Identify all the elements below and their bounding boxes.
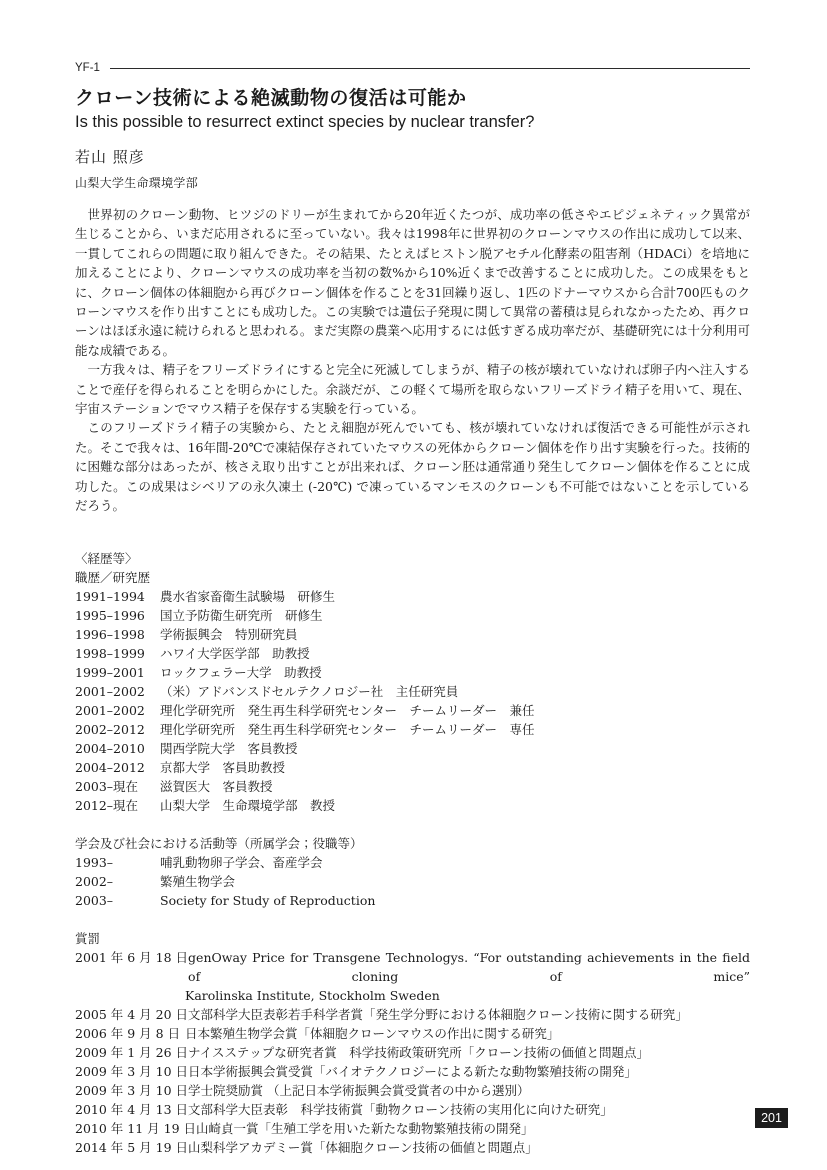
- award-row-description-line2: Karolinska Institute, Stockholm Sweden: [185, 986, 750, 1005]
- awards-heading: 賞罰: [75, 929, 750, 948]
- career-row: 1996–1998学術振興会 特別研究員: [75, 625, 750, 644]
- career-row-period: 2001–2002: [75, 701, 160, 720]
- profile-section-title: 〈経歴等〉: [75, 549, 750, 568]
- career-row-period: 1999–2001: [75, 663, 160, 682]
- career-row-description: 理化学研究所 発生再生科学研究センター チームリーダー 専任: [160, 720, 750, 739]
- page-header: YF-1 クローン技術による絶滅動物の復活は可能か Is this possib…: [75, 62, 750, 191]
- society-row-description: Society for Study of Reproduction: [160, 891, 750, 910]
- career-list: 1991–1994農水省家畜衛生試験場 研修生1995–1996国立予防衛生研究…: [75, 587, 750, 815]
- career-row-description: 理化学研究所 発生再生科学研究センター チームリーダー 兼任: [160, 701, 750, 720]
- profile-section: 〈経歴等〉 職歴／研究歴 1991–1994農水省家畜衛生試験場 研修生1995…: [75, 549, 750, 1157]
- award-row-description: 日本学術振興会賞受賞「バイオテクノロジーによる新たな動物繁殖技術の開発」: [188, 1062, 750, 1081]
- award-row-description: 学士院奨励賞 （上記日本学術振興会賞受賞者の中から選別）: [188, 1081, 750, 1100]
- award-row-continued: Karolinska Institute, Stockholm Sweden: [75, 986, 750, 1005]
- author-affiliation: 山梨大学生命環境学部: [75, 174, 750, 191]
- society-row: 2003–Society for Study of Reproduction: [75, 891, 750, 910]
- title-english: Is this possible to resurrect extinct sp…: [75, 113, 750, 132]
- career-row-description: 農水省家畜衛生試験場 研修生: [160, 587, 750, 606]
- career-row-description: 京都大学 客員助教授: [160, 758, 750, 777]
- career-row: 2003–現在滋賀医大 客員教授: [75, 777, 750, 796]
- career-row: 2012–現在山梨大学 生命環境学部 教授: [75, 796, 750, 815]
- awards-list: 2001 年 6 月 18 日genOway Price for Transge…: [75, 948, 750, 1157]
- career-row: 1995–1996国立予防衛生研究所 研修生: [75, 606, 750, 625]
- career-heading: 職歴／研究歴: [75, 568, 750, 587]
- career-row-period: 1991–1994: [75, 587, 160, 606]
- abstract-paragraph-1: 世界初のクローン動物、ヒツジのドリーが生まれてから20年近くたつが、成功率の低さ…: [75, 205, 750, 360]
- award-row: 2009 年 3 月 10 日日本学術振興会賞受賞「バイオテクノロジーによる新た…: [75, 1062, 750, 1081]
- award-row-description: ナイスステップな研究者賞 科学技術政策研究所「クローン技術の価値と問題点」: [188, 1043, 750, 1062]
- abstract-body: 世界初のクローン動物、ヒツジのドリーが生まれてから20年近くたつが、成功率の低さ…: [75, 205, 750, 516]
- abstract-paragraph-3: このフリーズドライ精子の実験から、たとえ細胞が死んでいても、核が壊れていなければ…: [75, 418, 750, 515]
- society-row-period: 2002–: [75, 872, 160, 891]
- session-code: YF-1: [75, 62, 100, 74]
- abstract-page: YF-1 クローン技術による絶滅動物の復活は可能か Is this possib…: [0, 0, 827, 1170]
- career-row: 2001–2002（米）アドバンスドセルテクノロジー社 主任研究員: [75, 682, 750, 701]
- career-row: 1991–1994農水省家畜衛生試験場 研修生: [75, 587, 750, 606]
- page-number-badge: 201: [755, 1108, 788, 1128]
- career-row-period: 2003–現在: [75, 777, 160, 796]
- award-row-description: 山崎貞一賞「生殖工学を用いた新たな動物繁殖技術の開発」: [196, 1119, 750, 1138]
- career-row-description: 山梨大学 生命環境学部 教授: [160, 796, 750, 815]
- career-row: 1998–1999ハワイ大学医学部 助教授: [75, 644, 750, 663]
- award-row: 2009 年 1 月 26 日ナイスステップな研究者賞 科学技術政策研究所「クロ…: [75, 1043, 750, 1062]
- award-row: 2009 年 3 月 10 日学士院奨励賞 （上記日本学術振興会賞受賞者の中から…: [75, 1081, 750, 1100]
- career-row-description: 滋賀医大 客員教授: [160, 777, 750, 796]
- career-row-period: 1998–1999: [75, 644, 160, 663]
- title-japanese: クローン技術による絶滅動物の復活は可能か: [75, 83, 750, 110]
- career-row-description: ロックフェラー大学 助教授: [160, 663, 750, 682]
- award-row-period: 2005 年 4 月 20 日: [75, 1005, 188, 1024]
- society-row-period: 1993–: [75, 853, 160, 872]
- career-row-description: 関西学院大学 客員教授: [160, 739, 750, 758]
- award-row-period: 2009 年 3 月 10 日: [75, 1081, 188, 1100]
- career-row: 2004–2010関西学院大学 客員教授: [75, 739, 750, 758]
- career-row-period: 2002–2012: [75, 720, 160, 739]
- career-row-description: 国立予防衛生研究所 研修生: [160, 606, 750, 625]
- award-row-period: 2006 年 9 月 8 日: [75, 1024, 185, 1043]
- page-content: YF-1 クローン技術による絶滅動物の復活は可能か Is this possib…: [75, 0, 750, 1157]
- award-row: 2001 年 6 月 18 日genOway Price for Transge…: [75, 948, 750, 986]
- career-row-period: 2004–2010: [75, 739, 160, 758]
- header-rule: [110, 68, 750, 69]
- society-row-description: 繁殖生物学会: [160, 872, 750, 891]
- societies-list: 1993–哺乳動物卵子学会、畜産学会2002–繁殖生物学会2003–Societ…: [75, 853, 750, 910]
- award-row: 2006 年 9 月 8 日日本繁殖生物学会賞「体細胞クローンマウスの作出に関す…: [75, 1024, 750, 1043]
- abstract-paragraph-2: 一方我々は、精子をフリーズドライにすると完全に死滅してしまうが、精子の核が壊れて…: [75, 360, 750, 418]
- society-row: 2002–繁殖生物学会: [75, 872, 750, 891]
- career-row-period: 1995–1996: [75, 606, 160, 625]
- societies-heading: 学会及び社会における活動等（所属学会；役職等）: [75, 834, 750, 853]
- award-row-period: 2014 年 5 月 19 日: [75, 1138, 188, 1157]
- author-name: 若山 照彦: [75, 146, 750, 167]
- award-row: 2010 年 4 月 13 日文部科学大臣表彰 科学技術賞「動物クローン技術の実…: [75, 1100, 750, 1119]
- award-row-description: 文部科学大臣表彰若手科学者賞「発生学分野における体細胞クローン技術に関する研究」: [188, 1005, 750, 1024]
- award-row: 2010 年 11 月 19 日山崎貞一賞「生殖工学を用いた新たな動物繁殖技術の…: [75, 1119, 750, 1138]
- session-code-row: YF-1: [75, 62, 750, 74]
- career-row: 2001–2002理化学研究所 発生再生科学研究センター チームリーダー 兼任: [75, 701, 750, 720]
- award-row-description: 文部科学大臣表彰 科学技術賞「動物クローン技術の実用化に向けた研究」: [188, 1100, 750, 1119]
- award-row-period: 2009 年 1 月 26 日: [75, 1043, 188, 1062]
- career-row-period: 2001–2002: [75, 682, 160, 701]
- society-row-period: 2003–: [75, 891, 160, 910]
- award-row-period: 2009 年 3 月 10 日: [75, 1062, 188, 1081]
- award-row-period: 2010 年 4 月 13 日: [75, 1100, 188, 1119]
- career-row: 1999–2001ロックフェラー大学 助教授: [75, 663, 750, 682]
- award-row-description: 山梨科学アカデミー賞「体細胞クローン技術の価値と問題点」: [188, 1138, 750, 1157]
- page-number: 201: [761, 1111, 782, 1125]
- society-row: 1993–哺乳動物卵子学会、畜産学会: [75, 853, 750, 872]
- career-row-period: 2004–2012: [75, 758, 160, 777]
- career-row-description: 学術振興会 特別研究員: [160, 625, 750, 644]
- career-row-description: （米）アドバンスドセルテクノロジー社 主任研究員: [160, 682, 750, 701]
- award-row: 2005 年 4 月 20 日文部科学大臣表彰若手科学者賞「発生学分野における体…: [75, 1005, 750, 1024]
- society-row-description: 哺乳動物卵子学会、畜産学会: [160, 853, 750, 872]
- career-row: 2002–2012理化学研究所 発生再生科学研究センター チームリーダー 専任: [75, 720, 750, 739]
- award-row-period: 2010 年 11 月 19 日: [75, 1119, 196, 1138]
- award-row-description: genOway Price for Transgene Technologys.…: [188, 948, 750, 986]
- award-row-description: 日本繁殖生物学会賞「体細胞クローンマウスの作出に関する研究」: [185, 1024, 750, 1043]
- career-row-description: ハワイ大学医学部 助教授: [160, 644, 750, 663]
- career-row: 2004–2012京都大学 客員助教授: [75, 758, 750, 777]
- career-row-period: 2012–現在: [75, 796, 160, 815]
- career-row-period: 1996–1998: [75, 625, 160, 644]
- award-row: 2014 年 5 月 19 日山梨科学アカデミー賞「体細胞クローン技術の価値と問…: [75, 1138, 750, 1157]
- award-row-period: 2001 年 6 月 18 日: [75, 948, 188, 967]
